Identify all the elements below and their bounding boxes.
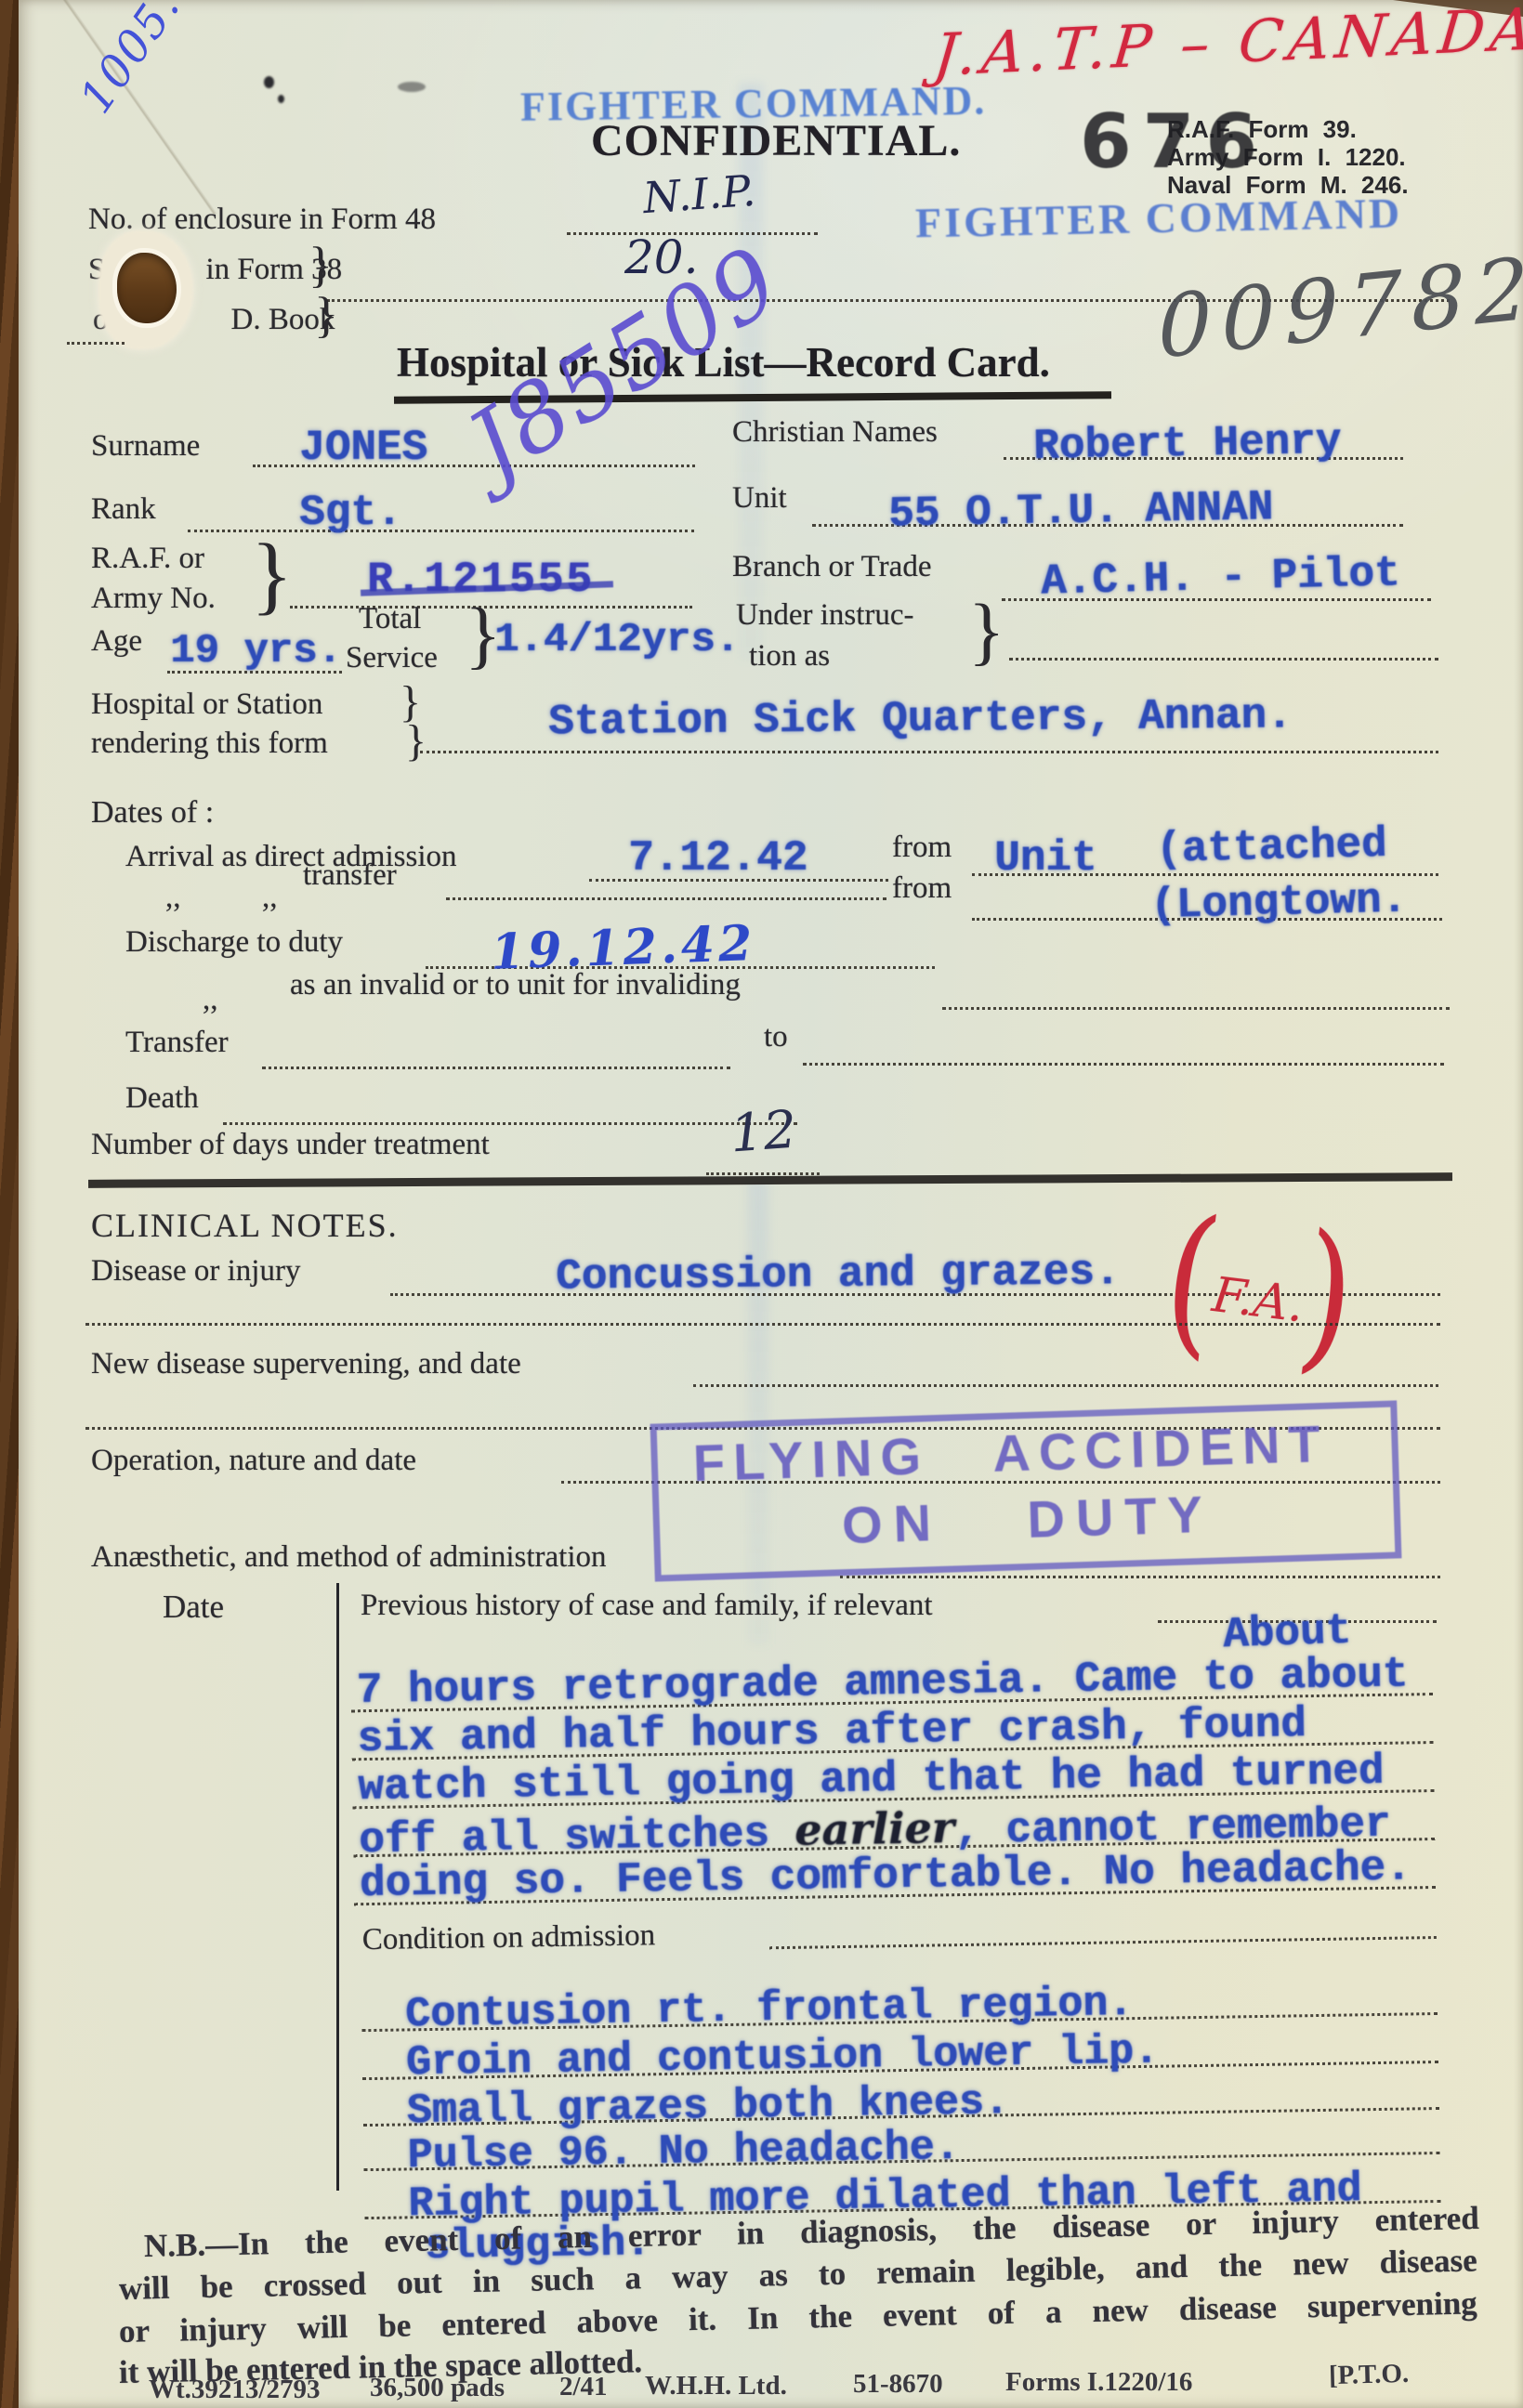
- hospital-dotted-line: [420, 751, 1438, 753]
- transfer-dotted-line: [446, 897, 886, 900]
- days-under-treatment-label: Number of days under treatment: [91, 1128, 490, 1162]
- transfer-to-label: to: [764, 1020, 788, 1054]
- days-dotted-line: [706, 1172, 820, 1175]
- hospital-brace-2: }: [405, 719, 427, 764]
- hole-dotted-fragment: [67, 342, 125, 345]
- age-label: Age: [91, 624, 142, 659]
- enclosure-value-handwritten: N.I.P.: [641, 165, 756, 223]
- footer-item: 36,500 pads: [370, 2373, 505, 2403]
- flying-accident-stamp-line1: FLYING ACCIDENT: [692, 1413, 1330, 1493]
- anaesthetic-label: Anæsthetic, and method of administration: [91, 1540, 607, 1575]
- footer-item: 2/41: [559, 2372, 608, 2402]
- fighter-command-stamp-mid: FIGHTER COMMAND: [915, 189, 1403, 248]
- service-no-brace: }: [251, 531, 293, 619]
- transfer-label: transfer: [303, 858, 397, 893]
- date-column-label: Date: [163, 1589, 224, 1626]
- discharge-label: Discharge to duty: [125, 925, 343, 960]
- arrival-from-value: Unit: [994, 834, 1096, 883]
- serial-brace: }: [309, 240, 333, 290]
- attached-value-1: (attached: [1155, 820, 1387, 874]
- flying-accident-stamp-line2: ON DUTY: [841, 1484, 1214, 1556]
- unit-label: Unit: [732, 481, 787, 516]
- hospital-value: Station Sick Quarters, Annan.: [548, 692, 1293, 747]
- unit-value: 55 O.T.U. ANNAN: [888, 483, 1274, 538]
- new-disease-dotted-line: [693, 1384, 1438, 1387]
- red-paren-close: ): [1293, 1221, 1361, 1372]
- transfer2-dotted-line: [262, 1067, 730, 1069]
- confidential-heading: CONFIDENTIAL.: [591, 115, 961, 166]
- death-dotted-line: [223, 1122, 797, 1125]
- under-instruction-brace: }: [968, 593, 1004, 669]
- under-instruction-dotted-line: [1009, 658, 1438, 661]
- clinical-notes-heading: CLINICAL NOTES.: [91, 1206, 399, 1245]
- clinical-rule-1: [85, 1323, 1440, 1326]
- total-service-label-1: Total: [359, 602, 421, 636]
- transfer-to-dotted-line: [803, 1063, 1444, 1066]
- rank-value: Sgt.: [299, 489, 401, 537]
- invalid-dotted-line: [942, 1007, 1450, 1010]
- days-under-treatment-value: 12: [729, 1100, 799, 1165]
- total-service-label-2: Service: [346, 641, 438, 675]
- branch-label: Branch or Trade: [732, 550, 931, 584]
- footer-pto: [P.T.O.: [1329, 2359, 1410, 2391]
- ditto-mark: ,,: [165, 881, 181, 915]
- death-label: Death: [125, 1081, 199, 1116]
- red-fa-text: F.A.: [1209, 1243, 1309, 1333]
- christian-names-value: Robert Henry: [1033, 417, 1342, 471]
- branch-value: A.C.H. - Pilot: [1040, 549, 1400, 606]
- under-instruction-label-2: tion as: [749, 639, 830, 674]
- disease-value: Concussion and grazes.: [556, 1248, 1121, 1301]
- christian-names-label: Christian Names: [732, 415, 938, 450]
- previous-history-label: Previous history of case and family, if …: [361, 1589, 933, 1623]
- ink-smudge: [398, 82, 426, 92]
- date-column-rule: [336, 1583, 339, 2191]
- new-disease-label: New disease supervening, and date: [91, 1347, 521, 1381]
- footer-item: Wt.39213/2793: [149, 2375, 320, 2405]
- footer-item: 51-8670: [853, 2369, 943, 2400]
- hospital-label-1: Hospital or Station: [91, 687, 322, 722]
- rank-label: Rank: [91, 492, 156, 527]
- dates-heading: Dates of :: [91, 795, 214, 831]
- history-line4-ink-correction: earlier: [794, 1802, 955, 1855]
- ditto-mark: ,,: [262, 881, 278, 915]
- condition-label: Condition on admission: [362, 1918, 656, 1957]
- arrival-from-label: from: [892, 831, 952, 865]
- book-brace: }: [314, 290, 338, 340]
- transfer-from-label: from: [892, 871, 952, 906]
- ditto-mark: ,,: [203, 983, 218, 1017]
- photo-of-record-card: { "colors": { "typewriter_blue": "#2e4cb…: [0, 0, 1523, 2408]
- punch-hole: [117, 253, 177, 323]
- stamp-676: 676: [1080, 98, 1268, 185]
- disease-label: Disease or injury: [91, 1254, 300, 1289]
- invalid-label: as an invalid or to unit for invaliding: [290, 968, 741, 1002]
- arrival-date-value: 7.12.42: [628, 834, 807, 883]
- service-no-label-2: Army No.: [91, 582, 216, 616]
- flying-accident-stamp-box: FLYING ACCIDENT ON DUTY: [650, 1400, 1402, 1581]
- ink-speck: [264, 76, 274, 88]
- age-dotted-line: [167, 671, 342, 674]
- age-value: 19 yrs.: [170, 628, 342, 674]
- footer-item: Forms I.1220/16: [1005, 2367, 1192, 2398]
- surname-label: Surname: [91, 429, 200, 464]
- total-service-value: 1.4/12yrs.: [494, 617, 740, 663]
- transfer2-label: Transfer: [125, 1026, 229, 1060]
- footer-item: W.H.H. Ltd.: [645, 2371, 787, 2401]
- red-paren-open: (: [1158, 1204, 1226, 1355]
- hospital-label-2: rendering this form: [91, 726, 328, 761]
- service-no-label-1: R.A.F. or: [91, 542, 204, 576]
- anaesthetic-dotted-line: [840, 1576, 1440, 1578]
- surname-value: JONES: [299, 424, 427, 472]
- ink-speck: [278, 95, 284, 103]
- red-fa-annotation: ( F.A. ): [1151, 1203, 1368, 1373]
- attached-value-2: (Longtown.: [1149, 876, 1407, 931]
- condition-line: Pulse 96. No headache.: [407, 2124, 960, 2179]
- under-instruction-label-1: Under instruc-: [736, 598, 914, 633]
- arrival-label: Arrival as direct admission: [125, 840, 457, 874]
- operation-label: Operation, nature and date: [91, 1444, 416, 1478]
